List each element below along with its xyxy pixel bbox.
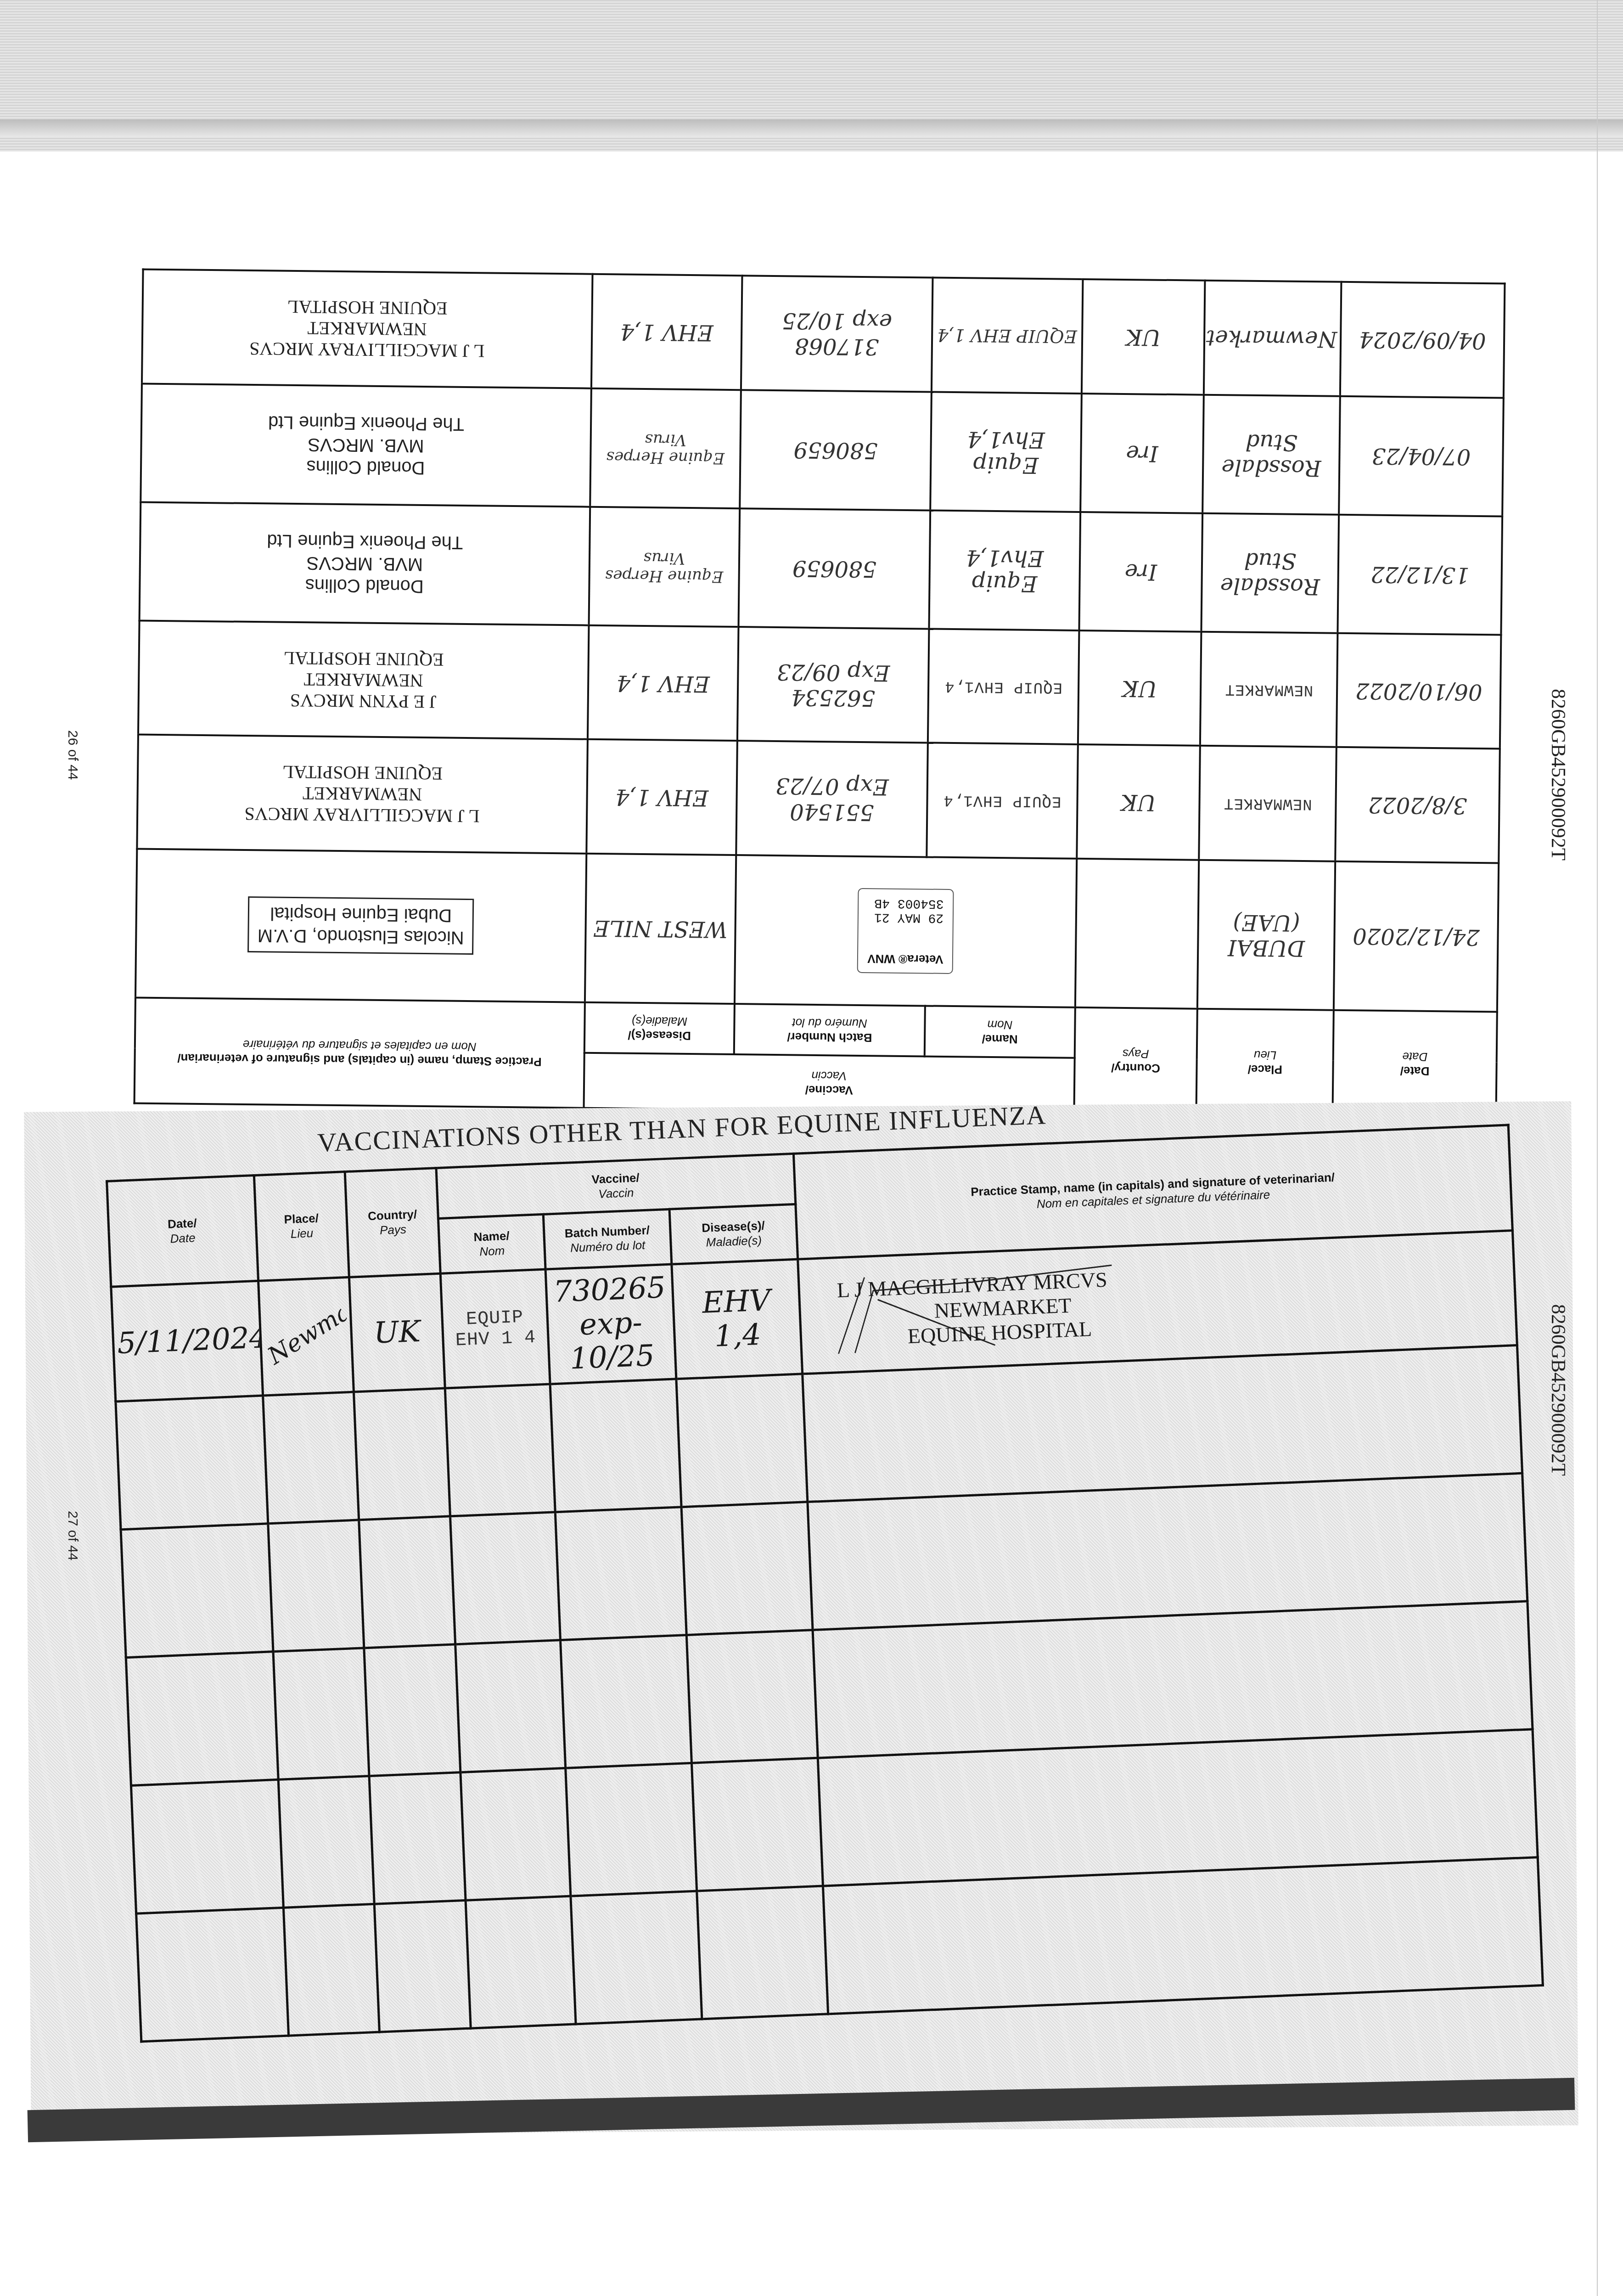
cell-vaccine-name: EQUIP EHV 1,4 xyxy=(932,278,1083,394)
header-vet: Practice Stamp, name (in capitals) and s… xyxy=(135,997,585,1108)
cell-batch: 580659 xyxy=(740,390,932,510)
table-row: 04/09/2024 Newmarket UK EQUIP EHV 1,4 31… xyxy=(142,270,1505,398)
cell-vet-stamp: Donald CollinsMVB. MRCVSThe Phoenix Equi… xyxy=(140,383,591,506)
cell-vaccine-name: Equip Ehv1,4 xyxy=(929,510,1080,630)
cell-country: UK xyxy=(349,1273,445,1392)
cell-date: 06/10/2022 xyxy=(1337,633,1501,749)
cell-date: 24/12/2020 xyxy=(1334,861,1499,1012)
page-indicator-lower: 27 of 44 xyxy=(65,1511,80,1560)
cell-disease: EHV 1,4 xyxy=(588,625,739,741)
header-batch: Batch Number/Numéro du lot xyxy=(734,1004,925,1056)
upper-vaccination-table: Date/Date Place/Lieu Country/Pays Vaccin… xyxy=(134,268,1506,1118)
cell-disease: WEST NILE xyxy=(585,853,736,1004)
table-row: 24/12/2020 DUBAI (UAE) Vetera® WNV 29 MA… xyxy=(135,849,1499,1012)
page-indicator-upper: 26 of 44 xyxy=(65,730,80,780)
cell-batch: 551540Exp 07/23 xyxy=(736,741,928,857)
passport-number-upper: 8260GB452900092T xyxy=(1547,689,1570,861)
header-place: Place/Lieu xyxy=(1196,1009,1334,1116)
cell-vet-stamp: L J MACGILLIVRAY MRCVSNEWMARKETEQUINE HO… xyxy=(137,735,587,854)
table-row: 3/8/2022 NEWMARKET UK EQUIP EHV1,4 55154… xyxy=(137,735,1499,863)
cell-place: DUBAI (UAE) xyxy=(1197,860,1335,1010)
cell-vaccine-name: Equip Ehv1,4 xyxy=(931,392,1082,512)
cell-batch: 580659 xyxy=(739,508,931,629)
scanner-edge-shadow xyxy=(0,0,1623,152)
cell-vaccine-sticker: Vetera® WNV 29 MAY 21 354003 4B xyxy=(735,855,1077,1007)
vet-stamp: Nicolas Elustondo, D.V.M Dubai Equine Ho… xyxy=(248,896,474,955)
page-gutter-line xyxy=(1597,0,1598,2296)
table-row: 07/04/23 Rossdale Stud Ire Equip Ehv1,4 … xyxy=(140,383,1504,516)
cell-vaccine-name: EQUIP EHV1,4 xyxy=(927,743,1078,859)
cell-place: NEWMARKET xyxy=(1200,632,1337,748)
cell-vaccine-name: EQUIP EHV1,4 xyxy=(928,629,1079,744)
cell-place: Newmarket xyxy=(1204,281,1341,396)
passport-number-lower: 8260GB452900092T xyxy=(1547,1304,1570,1476)
cell-place: Rossdale Stud xyxy=(1203,394,1340,514)
cell-date: 07/04/23 xyxy=(1339,396,1504,516)
header-name: Name/Nom xyxy=(925,1006,1075,1058)
header-disease: Disease(s)/Maladie(s) xyxy=(669,1204,798,1264)
cell-date: 04/09/2024 xyxy=(1340,282,1505,398)
cell-date: 13/12/22 xyxy=(1338,514,1503,635)
cell-batch: 317068exp 10/25 xyxy=(741,276,933,392)
cell-disease: EHV 1,4 xyxy=(586,739,737,855)
cell-date: 5/11/2024 xyxy=(111,1281,263,1401)
header-country: Country/Pays xyxy=(345,1168,441,1277)
cell-place: NEWMARKET xyxy=(1199,746,1337,861)
cell-country: UK xyxy=(1078,630,1202,746)
cell-disease: EHV 1,4 xyxy=(672,1259,803,1379)
cell-date: 3/8/2022 xyxy=(1335,747,1499,863)
lower-vaccination-table: Date/Date Place/Lieu Country/Pays Vaccin… xyxy=(106,1124,1544,2043)
upper-vaccination-page: Date/Date Place/Lieu Country/Pays Vaccin… xyxy=(134,268,1506,1118)
cell-vaccine-name: EQUIP EHV 1 4 xyxy=(440,1269,550,1388)
cell-disease: Equine Herpes Virus xyxy=(589,506,740,627)
header-name: Name/Nom xyxy=(438,1214,545,1273)
cell-country: UK xyxy=(1081,279,1205,394)
vet-stamp: L J MACGILLIVRAY MRCVS NEWMARKET EQUINE … xyxy=(827,1263,1119,1356)
cell-country: Ire xyxy=(1079,512,1203,632)
vaccine-batch-sticker: Vetera® WNV 29 MAY 21 354003 4B xyxy=(857,888,954,974)
cell-vet-stamp: J E PYNN MRCVSNEWMARKETEQUINE HOSPITAL xyxy=(138,620,589,739)
table-row: 13/12/22 Rossdale Stud Ire Equip Ehv1,4 … xyxy=(140,502,1503,635)
header-date: Date/Date xyxy=(1333,1010,1497,1118)
header-country: Country/Pays xyxy=(1074,1007,1197,1114)
cell-vet-stamp: Nicolas Elustondo, D.V.M Dubai Equine Ho… xyxy=(135,849,586,1002)
lower-vaccination-page: Date/Date Place/Lieu Country/Pays Vaccin… xyxy=(106,1124,1544,2043)
cell-disease: EHV 1,4 xyxy=(591,274,742,390)
cell-batch: 730265exp- 10/25 xyxy=(545,1264,676,1384)
header-place: Place/Lieu xyxy=(254,1172,349,1281)
cell-country: Ire xyxy=(1080,393,1204,513)
cell-place: Rossdale Stud xyxy=(1202,513,1339,633)
header-batch: Batch Number/Numéro du lot xyxy=(543,1209,672,1269)
header-date: Date/Date xyxy=(107,1176,258,1287)
cell-vet-stamp: Donald CollinsMVB. MRCVSThe Phoenix Equi… xyxy=(140,502,590,625)
cell-country: UK xyxy=(1077,744,1201,860)
cell-country xyxy=(1075,859,1199,1009)
table-row: 06/10/2022 NEWMARKET UK EQUIP EHV1,4 562… xyxy=(138,620,1501,748)
cell-batch: 562534Exp 09/23 xyxy=(737,627,929,743)
cell-disease: Equine Herpes Virus xyxy=(590,388,741,508)
cell-vet-stamp: L J MACGILLIVRAY MRCVSNEWMARKETEQUINE HO… xyxy=(142,270,592,388)
header-disease: Disease(s)/Maladie(s) xyxy=(584,1002,735,1054)
